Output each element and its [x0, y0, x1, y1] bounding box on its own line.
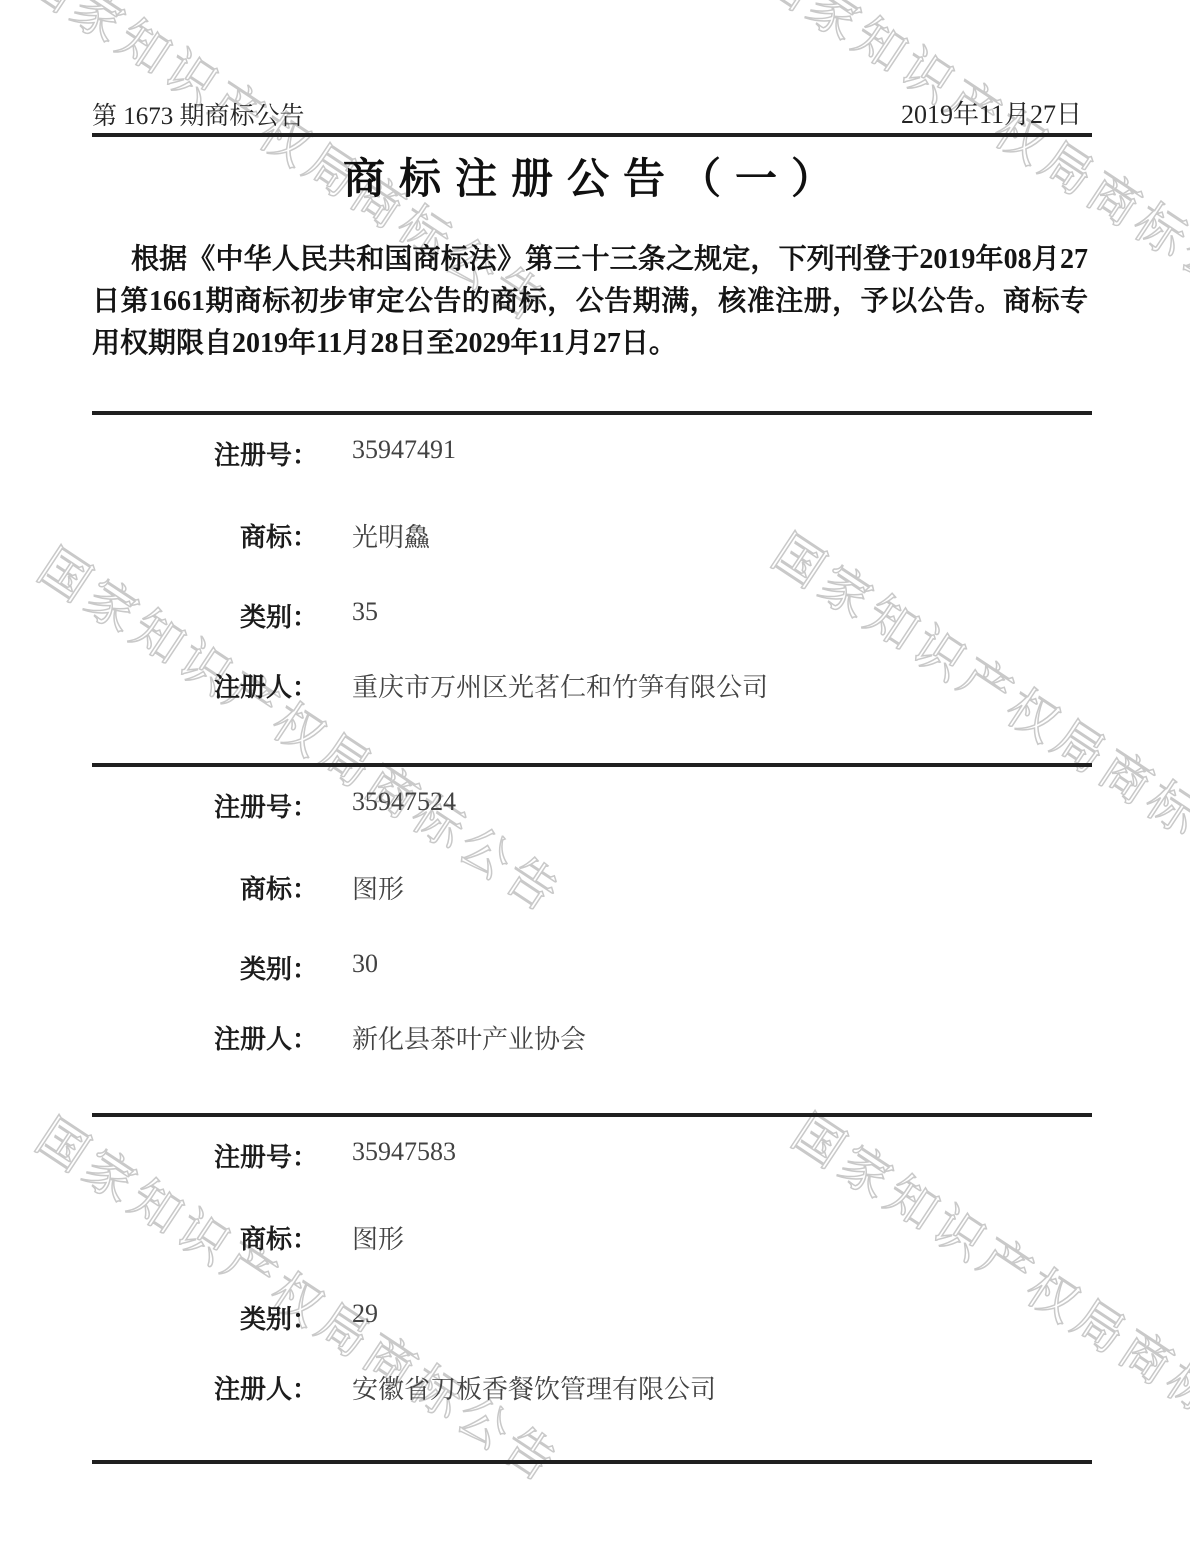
registration-number-value: 35947491	[352, 435, 456, 465]
gazette-issue-label: 第 1673 期商标公告	[92, 96, 305, 132]
registration-number-value: 35947524	[352, 787, 456, 817]
registrant-row: 注册人：新化县茶叶产业协会	[92, 1019, 586, 1056]
registrant-row: 注册人：重庆市万州区光茗仁和竹笋有限公司	[92, 667, 768, 704]
registration-number-row: 注册号：35947491	[92, 435, 456, 472]
trademark-value: 光明鱻	[352, 517, 430, 554]
registration-number-label: 注册号：	[92, 435, 318, 472]
category-row: 类别：35	[92, 597, 378, 634]
category-value: 35	[352, 597, 378, 627]
intro-paragraph: 根据《中华人民共和国商标法》第三十三条之规定，下列刊登于2019年08月27日第…	[92, 239, 1088, 365]
registrant-value: 新化县茶叶产业协会	[352, 1019, 586, 1056]
gazette-page: 国家知识产权局商标公告 国家知识产权局商标公告 国家知识产权局商标公告 国家知识…	[0, 0, 1190, 1564]
category-label: 类别：	[92, 597, 318, 634]
category-label: 类别：	[92, 1299, 318, 1336]
trademark-entry: 注册号：35947524 商标：图形 类别：30 注册人：新化县茶叶产业协会	[92, 763, 1092, 1117]
trademark-value: 图形	[352, 869, 404, 906]
final-rule	[92, 1460, 1092, 1464]
registrant-label: 注册人：	[92, 667, 318, 704]
registrant-value: 安徽省刀板香餐饮管理有限公司	[352, 1369, 716, 1406]
trademark-label: 商标：	[92, 869, 318, 906]
trademark-label: 商标：	[92, 1219, 318, 1256]
category-value: 30	[352, 949, 378, 979]
category-row: 类别：29	[92, 1299, 378, 1336]
registration-number-row: 注册号：35947583	[92, 1137, 456, 1174]
registration-number-row: 注册号：35947524	[92, 787, 456, 824]
gazette-date-label: 2019年11月27日	[901, 94, 1082, 131]
trademark-entry: 注册号：35947491 商标：光明鱻 类别：35 注册人：重庆市万州区光茗仁和…	[92, 411, 1092, 765]
trademark-value: 图形	[352, 1219, 404, 1256]
registration-number-value: 35947583	[352, 1137, 456, 1167]
registration-number-label: 注册号：	[92, 1137, 318, 1174]
category-row: 类别：30	[92, 949, 378, 986]
trademark-row: 商标：图形	[92, 869, 404, 906]
header-rule	[92, 133, 1092, 137]
category-label: 类别：	[92, 949, 318, 986]
registrant-row: 注册人：安徽省刀板香餐饮管理有限公司	[92, 1369, 716, 1406]
trademark-row: 商标：图形	[92, 1219, 404, 1256]
category-value: 29	[352, 1299, 378, 1329]
registrant-label: 注册人：	[92, 1019, 318, 1056]
page-title: 商标注册公告（一）	[0, 146, 1190, 206]
trademark-entry: 注册号：35947583 商标：图形 类别：29 注册人：安徽省刀板香餐饮管理有…	[92, 1113, 1092, 1462]
trademark-row: 商标：光明鱻	[92, 517, 430, 554]
registration-number-label: 注册号：	[92, 787, 318, 824]
trademark-label: 商标：	[92, 517, 318, 554]
registrant-value: 重庆市万州区光茗仁和竹笋有限公司	[352, 667, 768, 704]
registrant-label: 注册人：	[92, 1369, 318, 1406]
